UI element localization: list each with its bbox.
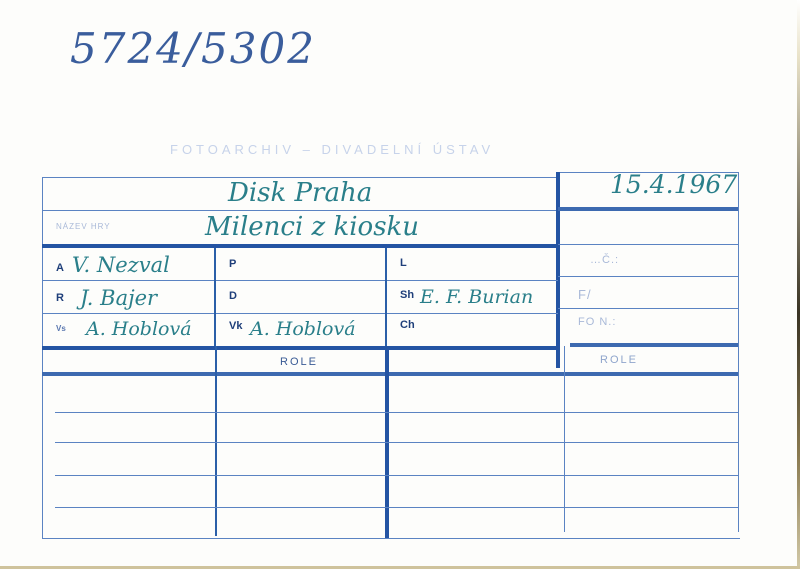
credit-code-set-design: Vs	[56, 324, 66, 333]
credit-value-author: V. Nezval	[72, 253, 170, 277]
right-column-divider	[556, 172, 560, 368]
date-row-line	[558, 207, 738, 211]
title-row-line	[42, 244, 558, 248]
form-right-line	[738, 172, 739, 532]
catalog-number: 5724/5302	[70, 24, 316, 73]
date-value: 15.4.1967	[610, 170, 737, 199]
credit-code-choreography: Ch	[400, 319, 415, 331]
side-code-photo-number: FO N.:	[578, 316, 616, 328]
credits-divider-2	[385, 248, 387, 346]
title-value: Milenci z kiosku	[205, 212, 419, 242]
credit-code-music: Sh	[400, 289, 414, 301]
side-row-line-3	[558, 308, 738, 309]
side-code-film: F/	[578, 287, 592, 302]
credit-value-director: J. Bajer	[80, 286, 157, 310]
table-row-line-3	[55, 475, 738, 476]
table-header-role-2: ROLE	[600, 354, 638, 366]
table-header-line	[42, 372, 738, 376]
table-row-line-2	[55, 442, 738, 443]
credit-value-music: E. F. Burian	[420, 286, 533, 308]
archive-stamp: FOTOARCHIV – DIVADELNÍ ÚSTAV	[170, 142, 494, 157]
theatre-value: Disk Praha	[228, 178, 372, 208]
credits-divider-1	[214, 248, 216, 346]
table-header-role-1: ROLE	[280, 356, 318, 368]
credit-value-set-design: A. Hoblová	[86, 318, 192, 340]
side-code-number: …Č.:	[590, 254, 619, 266]
credit-code-p: P	[229, 258, 236, 270]
credits-bottom-line	[42, 346, 558, 350]
credit-code-author: A	[56, 262, 64, 274]
credits-row-line-1	[42, 280, 558, 281]
credit-value-costumes: A. Hoblová	[250, 318, 356, 340]
credit-code-d: D	[229, 290, 237, 302]
side-row-line-1	[558, 244, 738, 245]
credit-code-costumes: Vk	[229, 320, 242, 332]
credit-code-director: R	[56, 292, 64, 304]
credit-code-l: L	[400, 257, 407, 269]
theatre-row-line	[42, 210, 558, 211]
table-row-line-4	[55, 507, 738, 508]
side-row-line-2	[558, 276, 738, 277]
title-label: NÁZEV HRY	[56, 222, 111, 231]
table-row-line-1	[55, 412, 738, 413]
table-col-divider-3	[564, 346, 565, 532]
form-bottom-line	[42, 538, 740, 539]
side-bottom-line	[570, 343, 738, 347]
credits-row-line-2	[42, 313, 558, 314]
form-left-line	[42, 177, 43, 539]
